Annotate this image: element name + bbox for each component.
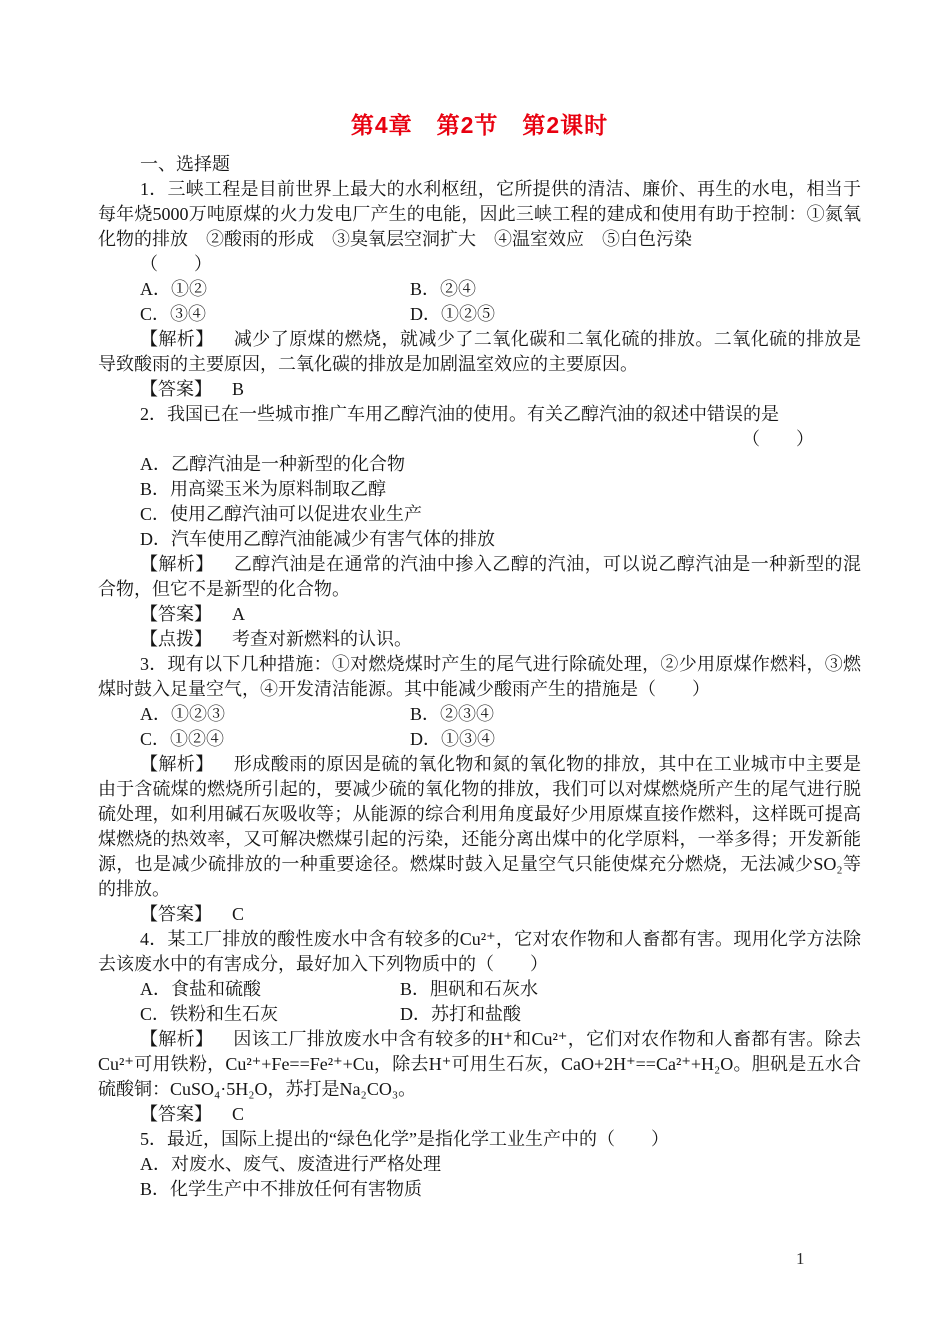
q1-options-row-1: A．①②B．②④ xyxy=(98,277,861,302)
page-number: 1 xyxy=(796,1249,805,1269)
q1-stem: 1．三峡工程是目前世界上最大的水利枢纽，它所提供的清洁、廉价、再生的水电，相当于… xyxy=(98,177,861,252)
q3-stem: 3．现有以下几种措施：①对燃烧煤时产生的尾气进行除硫处理，②少用原煤作燃料，③燃… xyxy=(98,652,861,702)
q1-options-row-2-opt-a: C．③④ xyxy=(140,302,410,327)
page-title: 第4章 第2节 第2课时 xyxy=(98,110,861,140)
q1-analysis: 【解析】减少了原煤的燃烧，就减少了二氧化碳和二氧化硫的排放。二氧化硫的排放是导致… xyxy=(98,327,861,377)
q3-options-row-1-opt-a: A．①②③ xyxy=(140,702,410,727)
q3-analysis: 【解析】形成酸雨的原因是硫的氧化物和氮的氧化物的排放，其中在工业城市中主要是由于… xyxy=(98,752,861,902)
q3-analysis-text: 形成酸雨的原因是硫的氧化物和氮的氧化物的排放，其中在工业城市中主要是由于含硫煤的… xyxy=(98,754,861,899)
q2-answer-text: A xyxy=(232,604,245,624)
q4-options-row-2: C．铁粉和生石灰D．苏打和盐酸 xyxy=(98,1002,861,1027)
q5-option-a: A．对废水、废气、废渣进行严格处理 xyxy=(98,1152,861,1177)
q1-options-row-1-opt-b: B．②④ xyxy=(410,277,476,302)
q1-options-row-2: C．③④D．①②⑤ xyxy=(98,302,861,327)
q4-analysis-label: 【解析】 xyxy=(140,1029,213,1049)
q4-options-row-2-opt-a: C．铁粉和生石灰 xyxy=(140,1002,400,1027)
q4-answer: 【答案】C xyxy=(98,1102,861,1127)
q2-option-c: C．使用乙醇汽油可以促进农业生产 xyxy=(98,502,861,527)
q2-note: 【点拨】考查对新燃料的认识。 xyxy=(98,627,861,652)
q1-analysis-label: 【解析】 xyxy=(140,329,214,349)
section-heading: 一、选择题 xyxy=(98,152,861,177)
q2-option-d: D．汽车使用乙醇汽油能减少有害气体的排放 xyxy=(98,527,861,552)
q3-answer-label: 【答案】 xyxy=(140,904,212,924)
q3-answer: 【答案】C xyxy=(98,902,861,927)
q4-options-row-1: A．食盐和硫酸B．胆矾和石灰水 xyxy=(98,977,861,1002)
q2-answer-label: 【答案】 xyxy=(140,604,212,624)
q1-answer: 【答案】B xyxy=(98,377,861,402)
q3-options-row-1-opt-b: B．②③④ xyxy=(410,702,494,727)
q1-bracket: （ ） xyxy=(98,252,861,277)
q2-option-b: B．用高粱玉米为原料制取乙醇 xyxy=(98,477,861,502)
blocks-container: 一、选择题1．三峡工程是目前世界上最大的水利枢纽，它所提供的清洁、廉价、再生的水… xyxy=(98,152,861,1202)
q1-answer-label: 【答案】 xyxy=(140,379,212,399)
q2-bracket: （ ） xyxy=(98,427,861,452)
q4-options-row-1-opt-a: A．食盐和硫酸 xyxy=(140,977,400,1002)
q2-note-text: 考查对新燃料的认识。 xyxy=(232,629,412,649)
q4-stem: 4．某工厂排放的酸性废水中含有较多的Cu²⁺，它对农作物和人畜都有害。现用化学方… xyxy=(98,927,861,977)
q2-analysis-label: 【解析】 xyxy=(140,554,214,574)
q3-options-row-2-opt-a: C．①②④ xyxy=(140,727,410,752)
q3-options-row-2-opt-b: D．①③④ xyxy=(410,727,495,752)
q4-answer-text: C xyxy=(232,1104,244,1124)
q2-option-a: A．乙醇汽油是一种新型的化合物 xyxy=(98,452,861,477)
q5-stem: 5．最近，国际上提出的“绿色化学”是指化学工业生产中的（ ） xyxy=(98,1127,861,1152)
q4-answer-label: 【答案】 xyxy=(140,1104,212,1124)
q2-answer: 【答案】A xyxy=(98,602,861,627)
q3-options-row-2: C．①②④D．①③④ xyxy=(98,727,861,752)
exam-page: 第4章 第2节 第2课时 一、选择题1．三峡工程是目前世界上最大的水利枢纽，它所… xyxy=(0,0,950,1344)
q1-answer-text: B xyxy=(232,379,244,399)
q3-answer-text: C xyxy=(232,904,244,924)
q5-option-b: B．化学生产中不排放任何有害物质 xyxy=(98,1177,861,1202)
q3-analysis-label: 【解析】 xyxy=(140,754,214,774)
q4-analysis: 【解析】因该工厂排放废水中含有较多的H⁺和Cu²⁺，它们对农作物和人畜都有害。除… xyxy=(98,1027,861,1102)
q2-analysis: 【解析】乙醇汽油是在通常的汽油中掺入乙醇的汽油，可以说乙醇汽油是一种新型的混合物… xyxy=(98,552,861,602)
q2-note-label: 【点拨】 xyxy=(140,629,212,649)
document-body: 第4章 第2节 第2课时 一、选择题1．三峡工程是目前世界上最大的水利枢纽，它所… xyxy=(98,110,861,1202)
q4-options-row-1-opt-b: B．胆矾和石灰水 xyxy=(400,977,538,1002)
q3-options-row-1: A．①②③B．②③④ xyxy=(98,702,861,727)
q1-options-row-1-opt-a: A．①② xyxy=(140,277,410,302)
q2-stem: 2．我国已在一些城市推广车用乙醇汽油的使用。有关乙醇汽油的叙述中错误的是 xyxy=(98,402,861,427)
q1-options-row-2-opt-b: D．①②⑤ xyxy=(410,302,495,327)
q4-options-row-2-opt-b: D．苏打和盐酸 xyxy=(400,1002,521,1027)
